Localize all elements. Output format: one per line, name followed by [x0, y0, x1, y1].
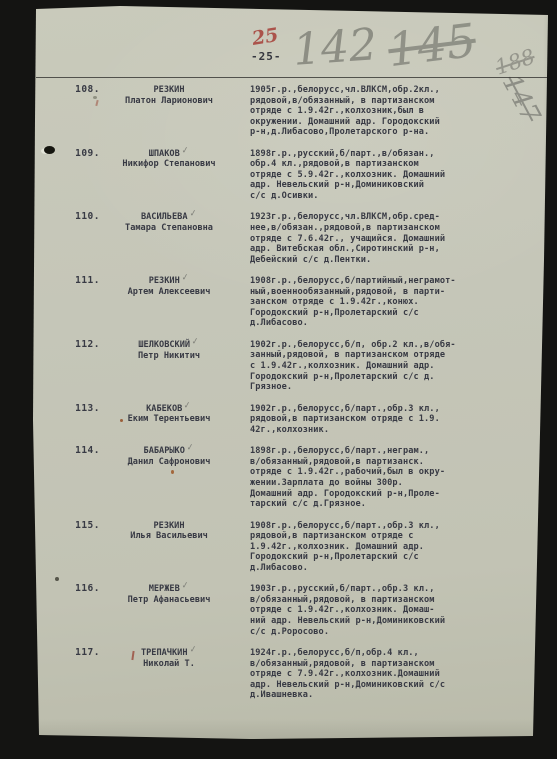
description-line: адр. Невельский р-н,Доминиковский	[250, 180, 536, 191]
entry-description: 1903г.р.,русский,б/парт.,обр.3 кл.,в/обя…	[250, 584, 536, 637]
entry-number: 109.	[36, 149, 100, 202]
entry-number: 115.	[36, 521, 100, 574]
pencil-check-mark: ✓	[181, 145, 190, 157]
entry-surname: ШЕЛКОВСКИЙ	[138, 340, 190, 350]
list-entry: 116. МЕРЖЕВ✓ Петр Афанасьевич 1903г.р.,р…	[36, 584, 536, 637]
description-line: 1903г.р.,русский,б/парт.,обр.3 кл.,	[250, 584, 536, 595]
description-line: в/обязанный,рядовой, в партизанском	[250, 659, 536, 670]
entry-given-names: Артем Алексеевич	[100, 287, 238, 298]
entry-description: 1924г.р.,белорусс,б/п,обр.4 кл.,в/обязан…	[250, 648, 536, 701]
entry-number: 117.	[36, 648, 100, 701]
worm-hole	[16, 146, 26, 153]
description-line: Городокский р-н,Пролетарский с/с	[250, 308, 536, 319]
pencil-check-mark: ✓	[186, 443, 195, 455]
description-line: 1905г.р.,белорусс,чл.ВЛКСМ,обр.2кл.,	[250, 85, 536, 96]
pencil-check-mark: ✓	[191, 336, 200, 348]
entry-surname: БАБАРЫКО	[144, 446, 185, 456]
entry-name-block: РЕЗКИН✓ Артем Алексеевич	[100, 276, 238, 329]
entry-surname: ТРЕПАЧКИН	[141, 648, 188, 658]
paper-speck	[7, 417, 14, 423]
header-rule-line	[36, 77, 557, 78]
entry-given-names: Тамара Степановна	[100, 223, 238, 234]
entry-description: 1898г.р.,белорусс,б/парт.,неграм.,в/обяз…	[250, 446, 536, 509]
entry-surname: РЕЗКИН	[153, 521, 184, 531]
entry-description: 1908г.р.,белорусс,б/партийный,неграмот-н…	[250, 276, 536, 329]
list-entry: 111. РЕЗКИН✓ Артем Алексеевич 1908г.р.,б…	[36, 276, 536, 329]
entry-description: 1923г.р.,белорусс,чл.ВЛКСМ,обр.сред-нее,…	[250, 212, 536, 265]
description-line: отряде с 1.9.42г.,колхозник. Домаш-	[250, 605, 536, 616]
list-entry: 117. ТРЕПАЧКИН✓ Николай Т. 1924г.р.,бело…	[36, 648, 536, 701]
description-line: занском отряде с 1.9.42г.,конюх.	[250, 297, 536, 308]
entry-surname: МЕРЖЕВ	[149, 584, 180, 594]
description-line: Домашний адр. Городокский р-н,Проле-	[250, 489, 536, 500]
pencil-check-mark: ✓	[183, 400, 192, 412]
handwritten-red-page-number: 25	[250, 24, 280, 50]
list-entry: 108. РЕЗКИН✓ Платон Ларионович 1905г.р.,…	[36, 85, 536, 138]
description-line: Грязное.	[250, 382, 536, 393]
description-line: 1902г.р.,белорусс,б/парт.,обр.3 кл.,	[250, 404, 536, 415]
description-line: тарский с/с д.Грязное.	[250, 499, 536, 510]
entry-name-block: ШЕЛКОВСКИЙ✓ Петр Никитич	[100, 340, 238, 393]
entry-given-names: Никифор Степанович	[100, 159, 238, 170]
entry-number: 113.	[36, 404, 100, 436]
pencil-annotation-142: 142	[291, 19, 378, 76]
entry-given-names: Петр Никитич	[100, 351, 238, 362]
entry-description: 1905г.р.,белорусс,чл.ВЛКСМ,обр.2кл.,рядо…	[250, 85, 536, 138]
description-line: занный,рядовой, в партизанском отряде	[250, 350, 536, 361]
entry-number: 116.	[36, 584, 100, 637]
description-line: Городокский р-н,Пролетарский с/с	[250, 552, 536, 563]
description-line: 1924г.р.,белорусс,б/п,обр.4 кл.,	[250, 648, 536, 659]
description-line: 1902г.р.,белорусс,б/п, обр.2 кл.,в/обя-	[250, 340, 536, 351]
entry-surname: КАБЕКОВ	[146, 404, 182, 414]
description-line: рядовой,в партизанском отряде с	[250, 531, 536, 542]
list-entry: 114. БАБАРЫКО✓ Данил Сафронович 1898г.р.…	[36, 446, 536, 509]
description-line: с/с д.Осивки.	[250, 191, 536, 202]
entry-surname: ШПАКОВ	[149, 149, 180, 159]
description-line: отряде с 7.6.42г., учащийся. Домашний	[250, 234, 536, 245]
entry-name-block: ТРЕПАЧКИН✓ Николай Т.	[100, 648, 238, 701]
pencil-check-mark: ✓	[181, 581, 190, 593]
description-line: Дебейский с/с д.Пентки.	[250, 255, 536, 266]
entry-description: 1898г.р.,русский,б/парт.,в/обязан.,обр.4…	[250, 149, 536, 202]
pencil-check-mark: ✓	[188, 209, 197, 221]
entry-surname: РЕЗКИН	[153, 85, 184, 95]
description-line: Городокский р-н,Пролетарский с/с д.	[250, 372, 536, 383]
description-line: 1923г.р.,белорусс,чл.ВЛКСМ,обр.сред-	[250, 212, 536, 223]
entry-name-block: РЕЗКИН✓ Илья Васильевич	[100, 521, 238, 574]
entry-given-names: Данил Сафронович	[100, 457, 238, 468]
typed-page-number: -25-	[251, 50, 282, 63]
entry-number: 114.	[36, 446, 100, 509]
entry-given-names: Еким Терентьевич	[100, 414, 238, 425]
description-line: р-н,д.Либасово,Пролетарского р-на.	[250, 127, 536, 138]
description-line: с/с д.Роросово.	[250, 627, 536, 638]
entry-given-names: Петр Афанасьевич	[100, 595, 238, 606]
description-line: рядовой,в/обязанный, в партизанском	[250, 96, 536, 107]
list-entry: 109. ШПАКОВ✓ Никифор Степанович 1898г.р.…	[36, 149, 536, 202]
description-line: адр. Витебская обл.,Сиротинский р-н,	[250, 244, 536, 255]
entry-surname: ВАСИЛЬЕВА	[141, 212, 188, 222]
description-line: нее,в/обязан.,рядовой,в партизанском	[250, 223, 536, 234]
entry-surname: РЕЗКИН	[149, 276, 180, 286]
entry-number: 112.	[36, 340, 100, 393]
pencil-check-mark: ✓	[181, 273, 190, 285]
entry-given-names: Николай Т.	[100, 659, 238, 670]
description-line: д.Ивашневка.	[250, 690, 536, 701]
description-line: 42г.,колхозник.	[250, 425, 536, 436]
entry-name-block: БАБАРЫКО✓ Данил Сафронович	[100, 446, 238, 509]
description-line: адр. Невельский р-н,Доминиковский с/с	[250, 680, 536, 691]
entry-given-names: Илья Васильевич	[100, 531, 238, 542]
list-entry: 113. КАБЕКОВ✓ Еким Терентьевич 1902г.р.,…	[36, 404, 536, 436]
description-line: отряде с 1.9.42г.,колхозник,был в	[250, 106, 536, 117]
entry-name-block: ВАСИЛЬЕВА✓ Тамара Степановна	[100, 212, 238, 265]
description-line: обр.4 кл.,рядовой,в партизанском	[250, 159, 536, 170]
description-line: ный,военнообязанный,рядовой, в парти-	[250, 287, 536, 298]
entry-number: 110.	[36, 212, 100, 265]
entry-name-block: РЕЗКИН✓ Платон Ларионович	[100, 85, 238, 138]
description-line: отряде с 7.9.42г.,колхозник.Домашний	[250, 669, 536, 680]
scanned-page: 25 -25- 142 145 188 147 108. РЕЗКИН✓ Пла…	[0, 0, 557, 759]
description-line: д.Либасово.	[250, 563, 536, 574]
description-line: д.Либасово.	[250, 318, 536, 329]
description-line: 1908г.р.,белорусс,б/партийный,неграмот-	[250, 276, 536, 287]
entry-description: 1902г.р.,белорусс,б/парт.,обр.3 кл.,рядо…	[250, 404, 536, 436]
paper-speck	[26, 666, 33, 672]
list-entry: 110. ВАСИЛЬЕВА✓ Тамара Степановна 1923г.…	[36, 212, 536, 265]
description-line: в/обязанный,рядовой, в партизанском	[250, 595, 536, 606]
entry-given-names: Платон Ларионович	[100, 96, 238, 107]
entry-name-block: КАБЕКОВ✓ Еким Терентьевич	[100, 404, 238, 436]
description-line: 1.9.42г.,колхозник. Домашний адр.	[250, 542, 536, 553]
description-line: в/обязанный,рядовой,в партизанск.	[250, 457, 536, 468]
description-line: 1898г.р.,русский,б/парт.,в/обязан.,	[250, 149, 536, 160]
description-line: рядовой,в партизанском отряде с 1.9.	[250, 414, 536, 425]
entry-number: 111.	[36, 276, 100, 329]
description-line: окружении. Домашний адр. Городокский	[250, 117, 536, 128]
description-line: отряде с 1.9.42г.,рабочий,был в окру-	[250, 467, 536, 478]
description-line: 1898г.р.,белорусс,б/парт.,неграм.,	[250, 446, 536, 457]
list-entry: 115. РЕЗКИН✓ Илья Васильевич 1908г.р.,бе…	[36, 521, 536, 574]
list-entry: 112. ШЕЛКОВСКИЙ✓ Петр Никитич 1902г.р.,б…	[36, 340, 536, 393]
description-line: 1908г.р.,белорусс,б/парт.,обр.3 кл.,	[250, 521, 536, 532]
description-line: жении.Зарплата до войны 300р.	[250, 478, 536, 489]
entry-name-block: МЕРЖЕВ✓ Петр Афанасьевич	[100, 584, 238, 637]
entry-name-block: ШПАКОВ✓ Никифор Степанович	[100, 149, 238, 202]
description-line: с 1.9.42г.,колхозник. Домашний адр.	[250, 361, 536, 372]
pencil-annotation-145-crossed: 145	[385, 13, 479, 77]
entry-number: 108.	[36, 85, 100, 138]
description-line: отряде с 5.9.42г.,колхозник. Домашний	[250, 170, 536, 181]
personnel-list: 108. РЕЗКИН✓ Платон Ларионович 1905г.р.,…	[36, 85, 536, 712]
description-line: ний адр. Невельский р-н,Доминиковский	[250, 616, 536, 627]
entry-description: 1902г.р.,белорусс,б/п, обр.2 кл.,в/обя-з…	[250, 340, 536, 393]
pencil-check-mark: ✓	[188, 645, 197, 657]
entry-description: 1908г.р.,белорусс,б/парт.,обр.3 кл.,рядо…	[250, 521, 536, 574]
